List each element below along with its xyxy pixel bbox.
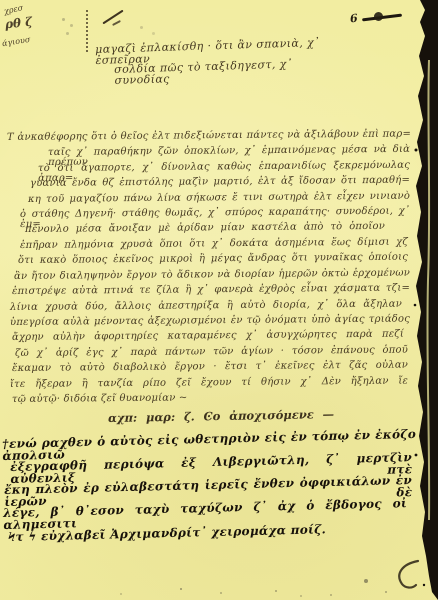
check-slash-mark [102,10,123,25]
fold-crease-dotted-line [86,10,88,52]
handwritten-line: κη τοῦ μαγαζίου πάνω λίνα σήκωσε ἔ τινι … [28,192,410,205]
handwritten-line-final: τῷ αὐτῷ· διδόια ζεῖ θυανομίαν ~ [12,393,188,405]
handwritten-line: ἂν ἤτον διαληψηνὸν ἔργον τὸ ἄδικον νὰ δι… [14,269,410,282]
date-subscription-line: αχπ: μαρ: ζ. Ͼο ἀποχισόμενε — [108,409,334,424]
handwritten-line: ἐπιστρέψε αὐτὰ πτινά τε ζίλα ἢ χ᾽ φανερὰ… [12,284,410,297]
handwritten-line: ἔκαμαν τὸ αὐτὸ διαβολικὸ ἔργον · ἔτσι τ᾽… [12,361,408,374]
handwritten-line: ὅτι κακὸ ὅποιος ἐκεῖνος μικροὶ ἢ μέγας ἄ… [18,253,408,266]
margin-note-1: χρεσ [3,4,24,16]
handwritten-line: πένονλο μέσα ἄνοιξαν μὲ ἀρίδαν μίαν καστ… [25,222,385,235]
scan-torn-edge [412,0,438,600]
manuscript-page: χρεσ ρθ ζ άγιουσ 6 μαγαζὶ ἐπλακίσθη · ὅτ… [0,0,438,600]
margin-note-3: άγιουσ [2,36,31,48]
handwritten-line: ζῶ χ᾽ ἁρίζ ἐγς χ᾽ παρὰ πάντων τῶν ἁγίων … [15,346,408,359]
margin-note-2: ρθ ζ [4,16,32,31]
ink-blot [374,12,383,21]
handwritten-line: γυανιὰ ἔνδα θζ ἐπιστόλης μαζὶν μαρτιό, ἐ… [30,176,410,189]
folio-number: 6 [349,12,358,26]
heading-line-2: σολδία πῶς τὸ ταξιδηγεστ, χ᾽ συνοδίας [114,57,331,86]
paper-speckles [180,588,182,590]
handwritten-line: ἐπῆραν πλημόνια χρυσὰ ὅποι ὅτι χ᾽ δοκάτα… [20,238,408,251]
faint-pencil-dots [62,18,65,21]
check-slash-mark-small [112,20,121,26]
handwritten-line: ὑπεγρίσα αὐλὰ μένοντας ἀξεχωρισμένοι ἐν … [10,315,410,328]
handwritten-line: Τ ἀνκαθέφορης ὅτι ὁ θεῖος ἐλτ πιδεξιώνετ… [7,129,411,143]
handwritten-line: λίνια χρυσὰ δύο, ἄλλοις ἀπεστηρίξα ἢ αὐτ… [10,300,402,313]
handwritten-line: ἄχρην αὐλὴν ἀφοριτηρίες καταραμένες χ᾽ ἀ… [12,330,404,343]
handwritten-line: ἴτε ἤξεραν ἢ τανζία ρίπο ζεῖ ἔχουν τί θή… [10,377,408,390]
